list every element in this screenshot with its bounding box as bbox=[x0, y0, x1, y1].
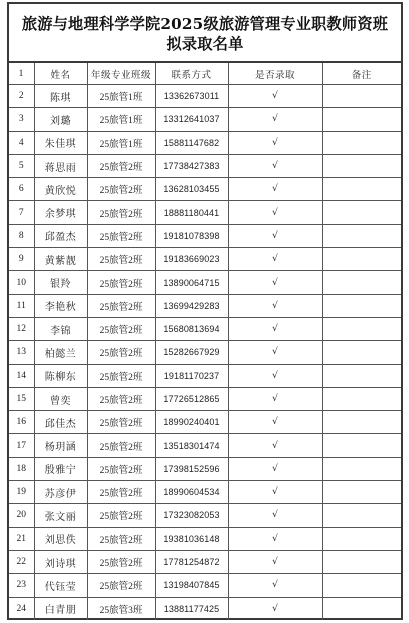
cell-class: 25旅管1班 bbox=[87, 85, 155, 108]
cell-admitted: √ bbox=[228, 527, 322, 550]
table-row: 7 余梦琪 25旅管2班 18881180441 √ bbox=[9, 201, 401, 224]
cell-class: 25旅管1班 bbox=[87, 131, 155, 154]
cell-phone: 15881147682 bbox=[155, 131, 228, 154]
table-row: 24 白青朋 25旅管3班 13881177425 √ bbox=[9, 597, 401, 620]
cell-admitted: √ bbox=[228, 434, 322, 457]
cell-no: 24 bbox=[9, 597, 34, 620]
checkmark-icon: √ bbox=[272, 301, 278, 311]
cell-remark bbox=[322, 574, 401, 597]
cell-phone: 17323082053 bbox=[155, 504, 228, 527]
cell-phone: 19181078398 bbox=[155, 224, 228, 247]
admission-list-document: 旅游与地理科学学院2025级旅游管理专业职教师资班 拟录取名单 1 姓名 年级专… bbox=[7, 2, 403, 620]
cell-remark bbox=[322, 434, 401, 457]
cell-phone: 13518301474 bbox=[155, 434, 228, 457]
checkmark-icon: √ bbox=[272, 557, 278, 567]
cell-phone: 15282667929 bbox=[155, 341, 228, 364]
cell-class: 25旅管2班 bbox=[87, 457, 155, 480]
title-line-2: 拟录取名单 bbox=[167, 34, 244, 54]
cell-name: 代钰莹 bbox=[34, 574, 87, 597]
cell-admitted: √ bbox=[228, 481, 322, 504]
cell-class: 25旅管2班 bbox=[87, 341, 155, 364]
checkmark-icon: √ bbox=[272, 534, 278, 544]
table-row: 17 杨玥涵 25旅管2班 13518301474 √ bbox=[9, 434, 401, 457]
cell-admitted: √ bbox=[228, 271, 322, 294]
table-header-row: 1 姓名 年级专业班级 联系方式 是否录取 备注 bbox=[9, 63, 401, 85]
cell-name: 刘璐 bbox=[34, 108, 87, 131]
table-row: 11 李艳秋 25旅管2班 13699429283 √ bbox=[9, 294, 401, 317]
cell-remark bbox=[322, 550, 401, 573]
table-row: 6 黄欣悦 25旅管2班 13628103455 √ bbox=[9, 178, 401, 201]
checkmark-icon: √ bbox=[272, 161, 278, 171]
cell-name: 李艳秋 bbox=[34, 294, 87, 317]
checkmark-icon: √ bbox=[272, 417, 278, 427]
header-admitted: 是否录取 bbox=[228, 63, 322, 85]
cell-phone: 19181170237 bbox=[155, 364, 228, 387]
checkmark-icon: √ bbox=[272, 604, 278, 614]
cell-phone: 19381036148 bbox=[155, 527, 228, 550]
checkmark-icon: √ bbox=[272, 324, 278, 334]
cell-phone: 17398152596 bbox=[155, 457, 228, 480]
table-row: 15 曾奕 25旅管2班 17726512865 √ bbox=[9, 387, 401, 410]
cell-admitted: √ bbox=[228, 178, 322, 201]
cell-name: 蒋思雨 bbox=[34, 154, 87, 177]
checkmark-icon: √ bbox=[272, 487, 278, 497]
checkmark-icon: √ bbox=[272, 231, 278, 241]
table-row: 13 柏懿兰 25旅管2班 15282667929 √ bbox=[9, 341, 401, 364]
cell-admitted: √ bbox=[228, 131, 322, 154]
cell-class: 25旅管1班 bbox=[87, 108, 155, 131]
cell-admitted: √ bbox=[228, 504, 322, 527]
cell-remark bbox=[322, 457, 401, 480]
cell-no: 5 bbox=[9, 154, 34, 177]
cell-remark bbox=[322, 317, 401, 340]
checkmark-icon: √ bbox=[272, 347, 278, 357]
checkmark-icon: √ bbox=[272, 254, 278, 264]
cell-admitted: √ bbox=[228, 387, 322, 410]
table-row: 10 银羚 25旅管2班 13890064715 √ bbox=[9, 271, 401, 294]
cell-name: 刘诗琪 bbox=[34, 550, 87, 573]
admission-table: 1 姓名 年级专业班级 联系方式 是否录取 备注 2 陈琪 25旅管1班 133… bbox=[9, 63, 401, 620]
cell-no: 23 bbox=[9, 574, 34, 597]
cell-class: 25旅管2班 bbox=[87, 527, 155, 550]
cell-admitted: √ bbox=[228, 341, 322, 364]
checkmark-icon: √ bbox=[272, 208, 278, 218]
cell-no: 20 bbox=[9, 504, 34, 527]
cell-phone: 17738427383 bbox=[155, 154, 228, 177]
table-row: 18 殷雅宁 25旅管2班 17398152596 √ bbox=[9, 457, 401, 480]
table-row: 5 蒋思雨 25旅管2班 17738427383 √ bbox=[9, 154, 401, 177]
cell-remark bbox=[322, 248, 401, 271]
cell-name: 陈琪 bbox=[34, 85, 87, 108]
cell-no: 22 bbox=[9, 550, 34, 573]
cell-admitted: √ bbox=[228, 597, 322, 620]
cell-name: 曾奕 bbox=[34, 387, 87, 410]
table-row: 20 张文丽 25旅管2班 17323082053 √ bbox=[9, 504, 401, 527]
cell-admitted: √ bbox=[228, 317, 322, 340]
checkmark-icon: √ bbox=[272, 394, 278, 404]
cell-class: 25旅管2班 bbox=[87, 364, 155, 387]
cell-admitted: √ bbox=[228, 294, 322, 317]
cell-remark bbox=[322, 527, 401, 550]
cell-class: 25旅管2班 bbox=[87, 550, 155, 573]
checkmark-icon: √ bbox=[272, 278, 278, 288]
checkmark-icon: √ bbox=[272, 580, 278, 590]
table-row: 23 代钰莹 25旅管2班 13198407845 √ bbox=[9, 574, 401, 597]
cell-class: 25旅管2班 bbox=[87, 317, 155, 340]
header-contact: 联系方式 bbox=[155, 63, 228, 85]
cell-remark bbox=[322, 154, 401, 177]
cell-remark bbox=[322, 201, 401, 224]
title-line-1: 旅游与地理科学学院2025级旅游管理专业职教师资班 bbox=[22, 14, 388, 34]
cell-class: 25旅管2班 bbox=[87, 387, 155, 410]
cell-phone: 17781254872 bbox=[155, 550, 228, 573]
cell-class: 25旅管2班 bbox=[87, 411, 155, 434]
cell-class: 25旅管2班 bbox=[87, 224, 155, 247]
cell-phone: 19183669023 bbox=[155, 248, 228, 271]
cell-name: 陈柳东 bbox=[34, 364, 87, 387]
cell-remark bbox=[322, 178, 401, 201]
cell-remark bbox=[322, 271, 401, 294]
cell-phone: 15680813694 bbox=[155, 317, 228, 340]
cell-remark bbox=[322, 364, 401, 387]
cell-name: 余梦琪 bbox=[34, 201, 87, 224]
checkmark-icon: √ bbox=[272, 441, 278, 451]
cell-class: 25旅管2班 bbox=[87, 178, 155, 201]
cell-remark bbox=[322, 85, 401, 108]
document-title: 旅游与地理科学学院2025级旅游管理专业职教师资班 拟录取名单 bbox=[9, 4, 401, 63]
cell-class: 25旅管2班 bbox=[87, 248, 155, 271]
table-row: 12 李锦 25旅管2班 15680813694 √ bbox=[9, 317, 401, 340]
cell-phone: 13881177425 bbox=[155, 597, 228, 620]
cell-phone: 18881180441 bbox=[155, 201, 228, 224]
checkmark-icon: √ bbox=[272, 91, 278, 101]
cell-admitted: √ bbox=[228, 201, 322, 224]
cell-no: 9 bbox=[9, 248, 34, 271]
table-row: 22 刘诗琪 25旅管2班 17781254872 √ bbox=[9, 550, 401, 573]
cell-remark bbox=[322, 294, 401, 317]
cell-no: 14 bbox=[9, 364, 34, 387]
table-row: 19 苏彦伊 25旅管2班 18990604534 √ bbox=[9, 481, 401, 504]
cell-remark bbox=[322, 341, 401, 364]
cell-remark bbox=[322, 387, 401, 410]
cell-phone: 13628103455 bbox=[155, 178, 228, 201]
checkmark-icon: √ bbox=[272, 114, 278, 124]
cell-no: 11 bbox=[9, 294, 34, 317]
cell-no: 6 bbox=[9, 178, 34, 201]
cell-remark bbox=[322, 108, 401, 131]
cell-remark bbox=[322, 411, 401, 434]
cell-admitted: √ bbox=[228, 85, 322, 108]
header-no: 1 bbox=[9, 63, 34, 85]
cell-admitted: √ bbox=[228, 224, 322, 247]
cell-name: 刘思佚 bbox=[34, 527, 87, 550]
cell-remark bbox=[322, 481, 401, 504]
checkmark-icon: √ bbox=[272, 138, 278, 148]
cell-class: 25旅管2班 bbox=[87, 574, 155, 597]
cell-admitted: √ bbox=[228, 364, 322, 387]
table-row: 2 陈琪 25旅管1班 13362673011 √ bbox=[9, 85, 401, 108]
cell-admitted: √ bbox=[228, 108, 322, 131]
cell-phone: 13890064715 bbox=[155, 271, 228, 294]
cell-class: 25旅管2班 bbox=[87, 504, 155, 527]
cell-no: 12 bbox=[9, 317, 34, 340]
cell-name: 柏懿兰 bbox=[34, 341, 87, 364]
cell-class: 25旅管2班 bbox=[87, 271, 155, 294]
cell-phone: 13362673011 bbox=[155, 85, 228, 108]
cell-no: 4 bbox=[9, 131, 34, 154]
cell-no: 13 bbox=[9, 341, 34, 364]
cell-no: 7 bbox=[9, 201, 34, 224]
cell-no: 21 bbox=[9, 527, 34, 550]
cell-no: 17 bbox=[9, 434, 34, 457]
cell-class: 25旅管2班 bbox=[87, 201, 155, 224]
cell-no: 8 bbox=[9, 224, 34, 247]
cell-phone: 13312641037 bbox=[155, 108, 228, 131]
cell-name: 银羚 bbox=[34, 271, 87, 294]
cell-name: 邱盈杰 bbox=[34, 224, 87, 247]
checkmark-icon: √ bbox=[272, 184, 278, 194]
cell-phone: 18990240401 bbox=[155, 411, 228, 434]
cell-no: 19 bbox=[9, 481, 34, 504]
cell-admitted: √ bbox=[228, 248, 322, 271]
cell-phone: 18990604534 bbox=[155, 481, 228, 504]
table-row: 21 刘思佚 25旅管2班 19381036148 √ bbox=[9, 527, 401, 550]
checkmark-icon: √ bbox=[272, 464, 278, 474]
table-row: 8 邱盈杰 25旅管2班 19181078398 √ bbox=[9, 224, 401, 247]
cell-class: 25旅管2班 bbox=[87, 154, 155, 177]
cell-name: 白青朋 bbox=[34, 597, 87, 620]
cell-phone: 13198407845 bbox=[155, 574, 228, 597]
cell-remark bbox=[322, 224, 401, 247]
table-row: 9 黄紫靓 25旅管2班 19183669023 √ bbox=[9, 248, 401, 271]
cell-admitted: √ bbox=[228, 574, 322, 597]
table-row: 4 朱佳琪 25旅管1班 15881147682 √ bbox=[9, 131, 401, 154]
cell-class: 25旅管2班 bbox=[87, 434, 155, 457]
cell-class: 25旅管3班 bbox=[87, 597, 155, 620]
cell-name: 苏彦伊 bbox=[34, 481, 87, 504]
header-name: 姓名 bbox=[34, 63, 87, 85]
cell-remark bbox=[322, 597, 401, 620]
header-class: 年级专业班级 bbox=[87, 63, 155, 85]
cell-no: 15 bbox=[9, 387, 34, 410]
cell-class: 25旅管2班 bbox=[87, 294, 155, 317]
cell-name: 邱佳杰 bbox=[34, 411, 87, 434]
cell-no: 2 bbox=[9, 85, 34, 108]
cell-admitted: √ bbox=[228, 550, 322, 573]
header-remark: 备注 bbox=[322, 63, 401, 85]
cell-phone: 13699429283 bbox=[155, 294, 228, 317]
cell-name: 李锦 bbox=[34, 317, 87, 340]
cell-name: 杨玥涵 bbox=[34, 434, 87, 457]
checkmark-icon: √ bbox=[272, 371, 278, 381]
cell-name: 朱佳琪 bbox=[34, 131, 87, 154]
table-row: 3 刘璐 25旅管1班 13312641037 √ bbox=[9, 108, 401, 131]
cell-admitted: √ bbox=[228, 457, 322, 480]
cell-no: 18 bbox=[9, 457, 34, 480]
cell-name: 黄欣悦 bbox=[34, 178, 87, 201]
cell-name: 张文丽 bbox=[34, 504, 87, 527]
cell-admitted: √ bbox=[228, 154, 322, 177]
cell-no: 10 bbox=[9, 271, 34, 294]
cell-phone: 17726512865 bbox=[155, 387, 228, 410]
cell-name: 黄紫靓 bbox=[34, 248, 87, 271]
cell-remark bbox=[322, 131, 401, 154]
cell-no: 16 bbox=[9, 411, 34, 434]
checkmark-icon: √ bbox=[272, 510, 278, 520]
cell-name: 殷雅宁 bbox=[34, 457, 87, 480]
cell-no: 3 bbox=[9, 108, 34, 131]
cell-class: 25旅管2班 bbox=[87, 481, 155, 504]
table-row: 16 邱佳杰 25旅管2班 18990240401 √ bbox=[9, 411, 401, 434]
table-row: 14 陈柳东 25旅管2班 19181170237 √ bbox=[9, 364, 401, 387]
cell-remark bbox=[322, 504, 401, 527]
cell-admitted: √ bbox=[228, 411, 322, 434]
